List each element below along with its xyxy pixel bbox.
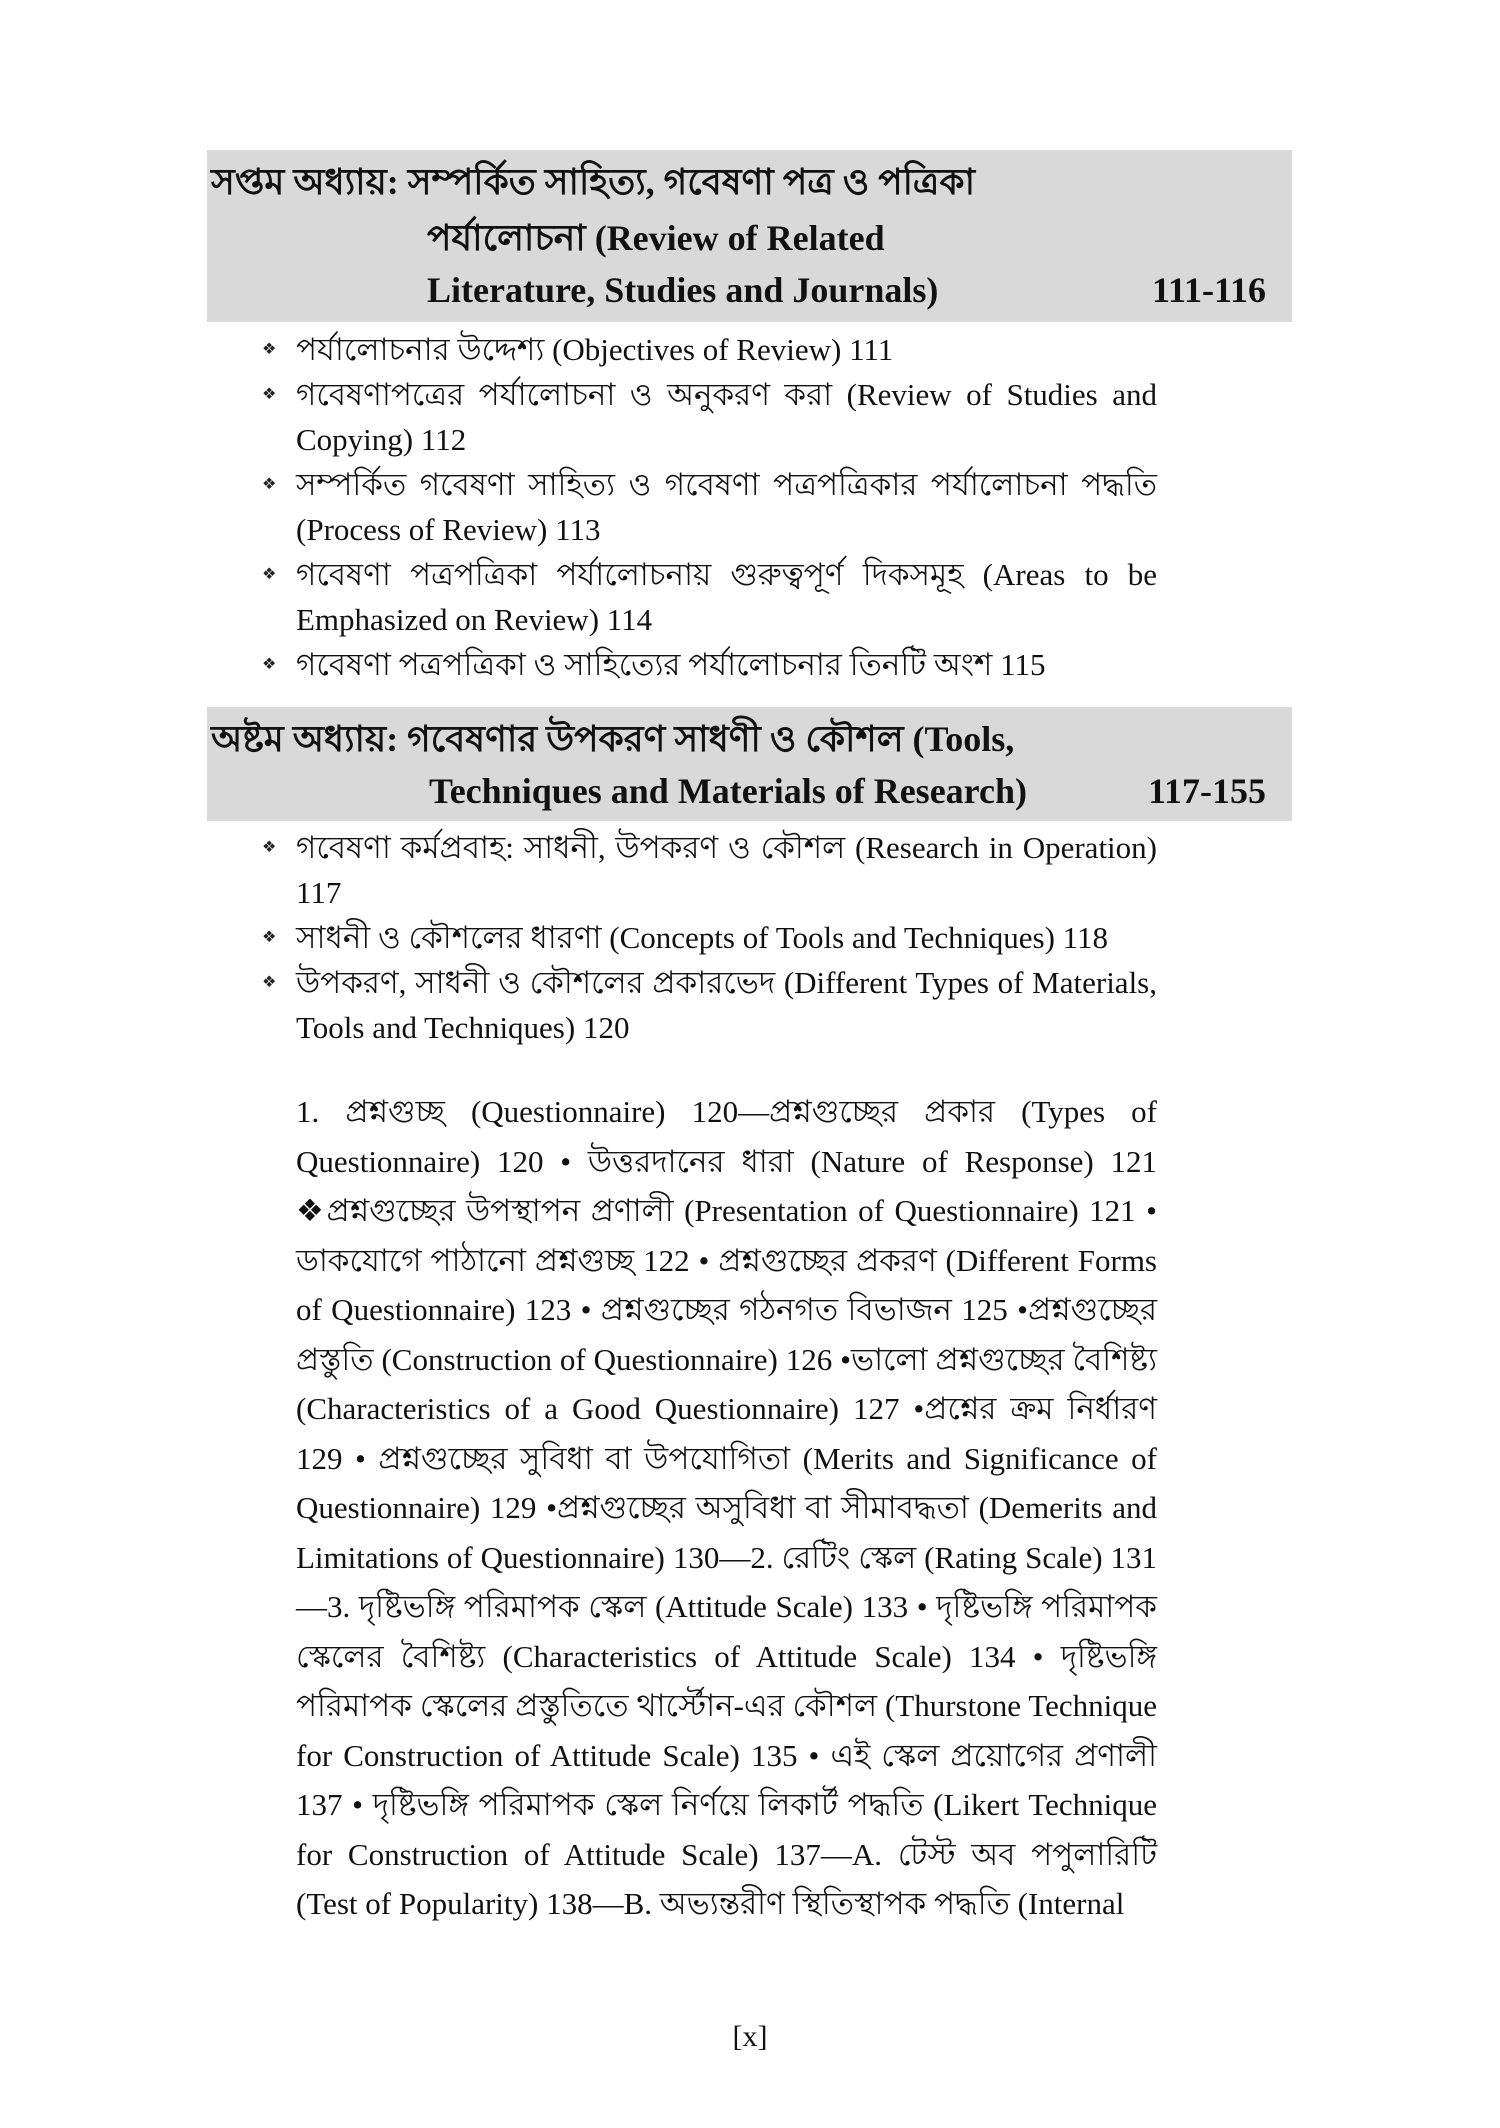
diamond-bullet-icon: ❖ [262,642,276,687]
diamond-bullet-icon: ❖ [262,825,276,870]
chapter-7-title-line-1: সপ্তম অধ্যায়: সম্পর্কিত সাহিত্য, গবেষণা… [211,160,975,204]
chapter-7-title-line-3: Literature, Studies and Journals) [427,268,938,312]
toc-entry-text: গবেষণাপত্রের পর্যালোচনা ও অনুকরণ করা (Re… [296,377,1157,457]
toc-entry[interactable]: ❖সাধনী ও কৌশলের ধারণা (Concepts of Tools… [262,915,1157,960]
chapter-7-heading: সপ্তম অধ্যায়: সম্পর্কিত সাহিত্য, গবেষণা… [207,150,1292,322]
toc-entry-text: উপকরণ, সাধনী ও কৌশলের প্রকারভেদ (Differe… [296,965,1157,1045]
chapter-7-title-line-2: পর্যালোচনা (Review of Related [427,216,885,260]
chapter-7-contents: ❖পর্যালোচনার উদ্দেশ্য (Objectives of Rev… [262,327,1157,687]
chapter-8-page-range: 117-155 [1148,769,1266,813]
toc-entry-text: সম্পর্কিত গবেষণা সাহিত্য ও গবেষণা পত্রপত… [296,467,1157,547]
toc-entry[interactable]: ❖গবেষণাপত্রের পর্যালোচনা ও অনুকরণ করা (R… [262,372,1157,462]
chapter-8-title-line-2: Techniques and Materials of Research) [429,769,1027,813]
diamond-bullet-icon: ❖ [262,960,276,1005]
chapter-8-title-line-1: অষ্টম অধ্যায়: গবেষণার উপকরণ সাধণী ও কৌশ… [211,717,1014,761]
diamond-bullet-icon: ❖ [262,462,276,507]
toc-entry-text: গবেষণা পত্রপত্রিকা ও সাহিত্যের পর্যালোচন… [296,647,1045,682]
toc-entry[interactable]: ❖গবেষণা কর্মপ্রবাহ: সাধনী, উপকরণ ও কৌশল … [262,825,1157,915]
toc-entry-text: গবেষণা কর্মপ্রবাহ: সাধনী, উপকরণ ও কৌশল (… [296,830,1157,910]
diamond-bullet-icon: ❖ [262,915,276,960]
diamond-bullet-icon: ❖ [262,372,276,417]
toc-entry-text: পর্যালোচনার উদ্দেশ্য (Objectives of Revi… [296,332,893,367]
toc-entry[interactable]: ❖সম্পর্কিত গবেষণা সাহিত্য ও গবেষণা পত্রপ… [262,462,1157,552]
toc-entry[interactable]: ❖গবেষণা পত্রপত্রিকা পর্যালোচনায় গুরুত্ব… [262,552,1157,642]
toc-entry[interactable]: ❖গবেষণা পত্রপত্রিকা ও সাহিত্যের পর্যালোচ… [262,642,1157,687]
toc-entry-text: সাধনী ও কৌশলের ধারণা (Concepts of Tools … [296,920,1108,955]
diamond-bullet-icon: ❖ [262,552,276,597]
chapter-7-page-range: 111-116 [1152,268,1266,312]
toc-entry-text: গবেষণা পত্রপত্রিকা পর্যালোচনায় গুরুত্বপ… [296,557,1157,637]
toc-entry[interactable]: ❖পর্যালোচনার উদ্দেশ্য (Objectives of Rev… [262,327,1157,372]
page-number: [x] [0,2020,1500,2054]
chapter-8-contents: ❖গবেষণা কর্মপ্রবাহ: সাধনী, উপকরণ ও কৌশল … [262,825,1157,1050]
chapter-8-subtopics-paragraph: 1. প্রশ্নগুচ্ছ (Questionnaire) 120—প্রশ্… [296,1087,1157,1929]
chapter-8-heading: অষ্টম অধ্যায়: গবেষণার উপকরণ সাধণী ও কৌশ… [207,707,1292,821]
toc-entry[interactable]: ❖উপকরণ, সাধনী ও কৌশলের প্রকারভেদ (Differ… [262,960,1157,1050]
diamond-bullet-icon: ❖ [262,327,276,372]
